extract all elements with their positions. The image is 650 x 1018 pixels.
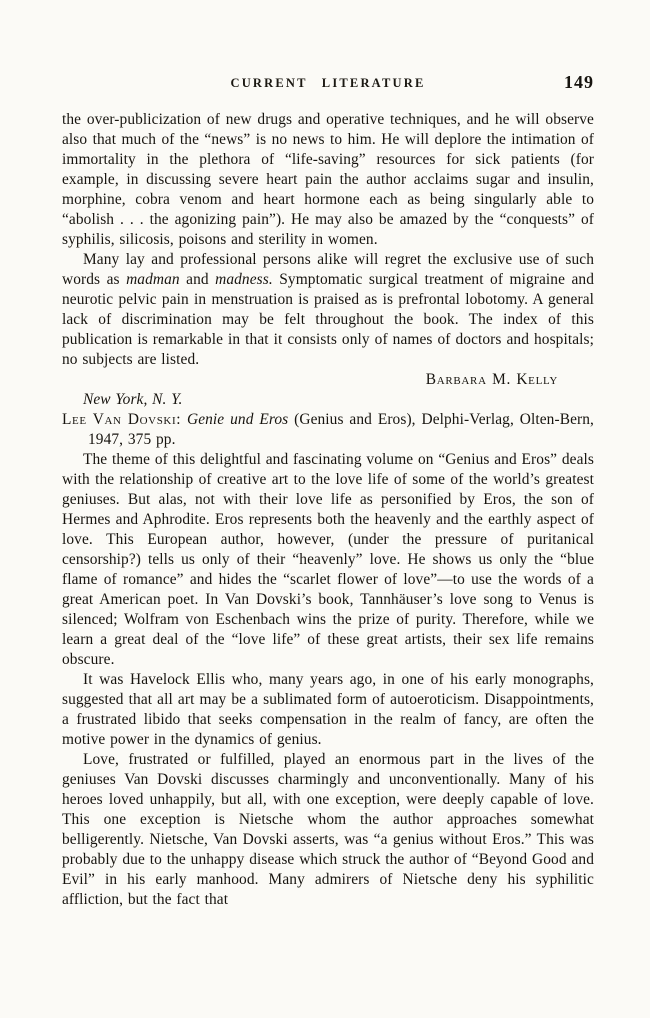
running-title: CURRENT LITERATURE bbox=[62, 76, 594, 91]
italic-term-madman: madman bbox=[126, 271, 180, 288]
scanned-journal-page: CURRENT LITERATURE 149 the over-publiciz… bbox=[0, 0, 650, 1018]
text-segment: and bbox=[180, 271, 215, 288]
paragraph-continuation: the over-publicization of new drugs and … bbox=[62, 110, 594, 250]
reviewer-signature: Barbara M. Kelly bbox=[62, 370, 594, 390]
page-body: the over-publicization of new drugs and … bbox=[62, 110, 594, 910]
page-header: CURRENT LITERATURE 149 bbox=[62, 76, 594, 94]
italic-term-madness: madness. bbox=[215, 271, 273, 288]
book-citation: Lee Van Dovski: Genie und Eros (Genius a… bbox=[62, 410, 594, 450]
paragraph-theme: The theme of this delightful and fascina… bbox=[62, 450, 594, 670]
paragraph-madman: Many lay and professional persons alike … bbox=[62, 250, 594, 370]
paragraph-love-nietsche: Love, frustrated or fulfilled, played an… bbox=[62, 750, 594, 910]
paragraph-havelock-ellis: It was Havelock Ellis who, many years ag… bbox=[62, 670, 594, 750]
citation-book-title: Genie und Eros bbox=[187, 411, 288, 428]
page-number: 149 bbox=[564, 72, 594, 93]
reviewer-location: New York, N. Y. bbox=[62, 390, 594, 410]
citation-author: Lee Van Dovski: bbox=[62, 411, 181, 428]
